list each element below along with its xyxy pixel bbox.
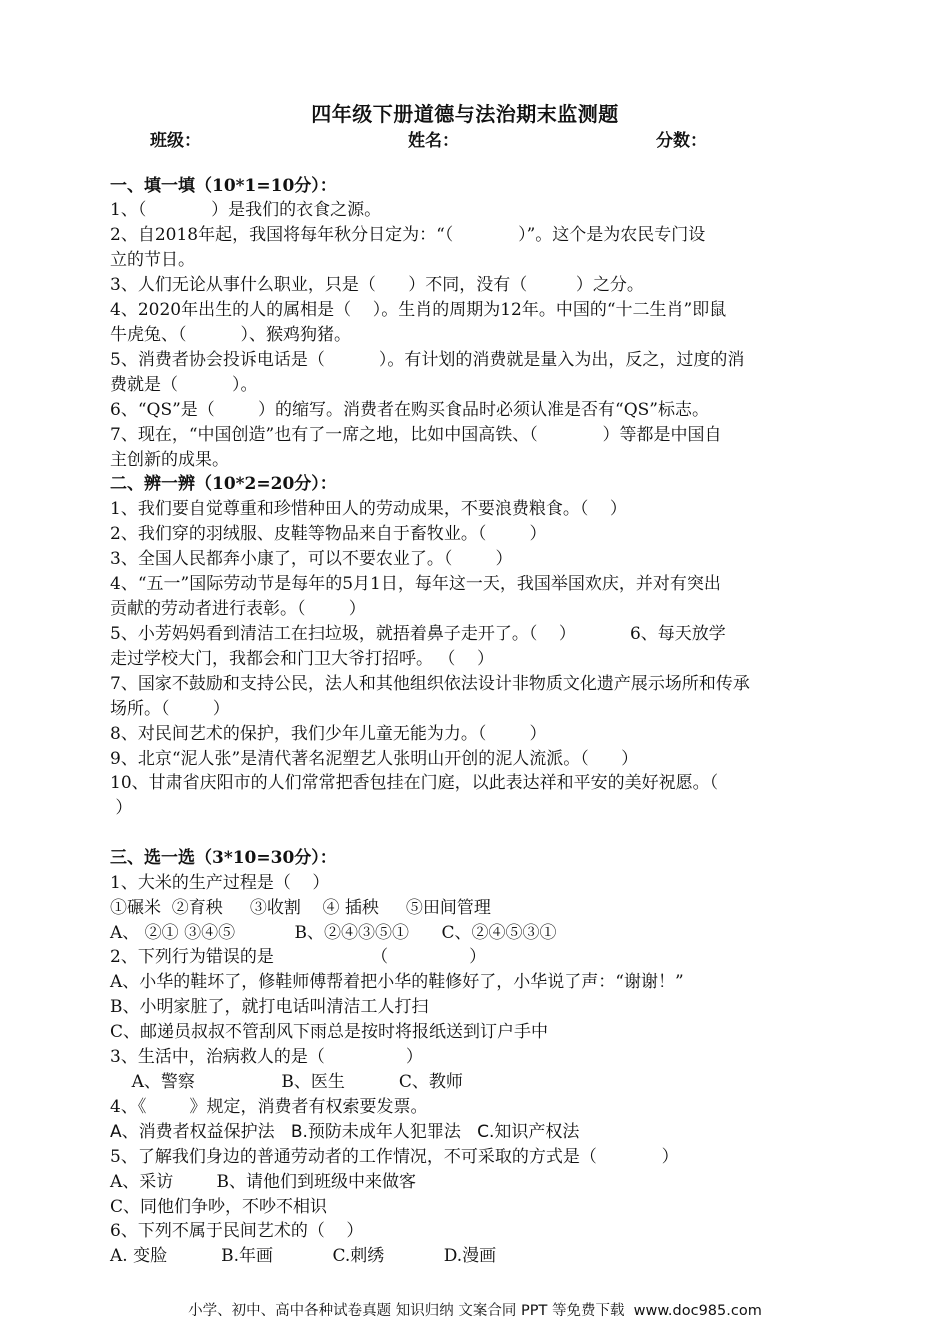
choice-line: A、小华的鞋坏了，修鞋师傅帮着把小华的鞋修好了，小华说了声：“谢谢！” — [110, 970, 840, 994]
fill-line: 牛虎兔、（ ）、猴鸡狗猪。 — [110, 323, 840, 347]
fill-line: 主创新的成果。 — [110, 448, 840, 472]
judge-line: 8、对民间艺术的保护，我们少年儿童无能为力。（ ） — [110, 722, 840, 746]
exam-page: 四年级下册道德与法治期末监测题 班级： 姓名： 分数： 一、填一填（10*1=1… — [0, 0, 950, 1344]
judge-line: 2、我们穿的羽绒服、皮鞋等物品来自于畜牧业。（ ） — [110, 522, 840, 546]
choice-line: A、 ②① ③④⑤ B、②④③⑤① C、②④⑤③① — [110, 921, 840, 945]
choice-line: A、警察 B、医生 C、教师 — [110, 1070, 840, 1094]
judge-line: ） — [110, 796, 840, 820]
choice-line: 1、大米的生产过程是（ ） — [110, 871, 840, 895]
judge-line: 9、北京“泥人张”是清代著名泥塑艺人张明山开创的泥人流派。（ ） — [110, 747, 840, 771]
fill-line: 4、2020年出生的人的属相是（ ）。生肖的周期为12年。中国的“十二生肖”即鼠 — [110, 298, 840, 322]
judge-line: 4、“五一”国际劳动节是每年的5月1日，每年这一天，我国举国欢庆，并对有突出 — [110, 572, 840, 596]
fill-line: 3、人们无论从事什么职业，只是（ ）不同，没有（ ）之分。 — [110, 273, 840, 297]
choice-line: 4、《 》规定，消费者有权索要发票。 — [110, 1095, 840, 1119]
choice-line: 3、生活中，治病救人的是（ ） — [110, 1045, 840, 1069]
choice-line: 2、下列行为错误的是 （ ） — [110, 945, 840, 969]
fill-line: 1、（ ）是我们的衣食之源。 — [110, 198, 840, 222]
fill-line: 2、自2018年起，我国将每年秋分日定为：“（ ）”。这个是为农民专门设 — [110, 223, 840, 247]
fill-line: 7、现在，“中国创造”也有了一席之地，比如中国高铁、（ ）等都是中国自 — [110, 423, 840, 447]
choice-line: A、消费者权益保护法 B.预防未成年人犯罪法 C.知识产权法 — [110, 1120, 840, 1144]
choice-line: B、小明家脏了，就打电话叫清洁工人打扫 — [110, 995, 840, 1019]
score-label: 分数： — [656, 126, 707, 151]
judge-line: 1、我们要自觉尊重和珍惜种田人的劳动成果，不要浪费粮食。（ ） — [110, 497, 840, 521]
choice-line: A、采访 B、请他们到班级中来做客 — [110, 1170, 840, 1194]
choice-line: 5、了解我们身边的普通劳动者的工作情况，不可采取的方式是（ ） — [110, 1145, 840, 1169]
fill-line: 费就是（ ）。 — [110, 373, 840, 397]
choice-line: 6、下列不属于民间艺术的（ ） — [110, 1219, 840, 1243]
choice-line: C、邮递员叔叔不管刮风下雨总是按时将报纸送到订户手中 — [110, 1020, 840, 1044]
section-heading-fill: 一、填一填（10*1=10分）： — [110, 174, 840, 198]
choice-line: C、同他们争吵，不吵不相识 — [110, 1195, 840, 1219]
judge-line: 走过学校大门，我都会和门卫大爷打招呼。 （ ） — [110, 647, 840, 671]
judge-line: 5、小芳妈妈看到清洁工在扫垃圾，就捂着鼻子走开了。（ ） 6、每天放学 — [110, 622, 840, 646]
judge-line: 7、国家不鼓励和支持公民，法人和其他组织依法设计非物质文化遗产展示场所和传承 — [110, 672, 840, 696]
choice-line: A. 变脸 B.年画 C.刺绣 D.漫画 — [110, 1244, 840, 1268]
judge-line: 3、全国人民都奔小康了，可以不要农业了。（ ） — [110, 547, 840, 571]
fill-line: 6、“QS”是（ ）的缩写。消费者在购买食品时必须认准是否有“QS”标志。 — [110, 398, 840, 422]
judge-line: 场所。（ ） — [110, 697, 840, 721]
judge-line: 贡献的劳动者进行表彰。（ ） — [110, 597, 840, 621]
fill-line: 立的节日。 — [110, 248, 840, 272]
judge-line: 10、甘肃省庆阳市的人们常常把香包挂在门庭，以此表达祥和平安的美好祝愿。（ — [110, 771, 840, 795]
class-label: 班级： — [150, 126, 201, 151]
section-heading-judge: 二、辨一辨（10*2=20分）： — [110, 472, 840, 496]
page-title: 四年级下册道德与法治期末监测题 — [0, 98, 930, 127]
name-label: 姓名： — [408, 126, 459, 151]
footer-ad: 小学、初中、高中各种试卷真题 知识归纳 文案合同 PPT 等免费下载 www.d… — [0, 1299, 950, 1320]
choice-line: ①碾米 ②育秧 ③收割 ④ 插秧 ⑤田间管理 — [110, 896, 840, 920]
fill-line: 5、消费者协会投诉电话是（ ）。有计划的消费就是量入为出，反之，过度的消 — [110, 348, 840, 372]
section-heading-choose: 三、选一选（3*10=30分）： — [110, 846, 840, 870]
